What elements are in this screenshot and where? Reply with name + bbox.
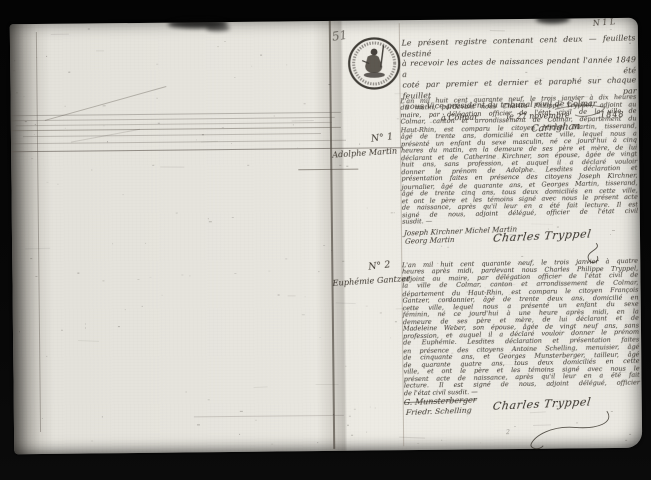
- paper-speck: [602, 129, 604, 130]
- paper-speck: [619, 40, 621, 41]
- ink-blotch: [536, 14, 570, 23]
- paper-speck: [418, 443, 420, 444]
- ruled-line: [11, 127, 341, 131]
- paper-fiber: [533, 424, 551, 426]
- paper-speck: [57, 184, 58, 185]
- paper-speck: [359, 144, 360, 145]
- paper-speck: [118, 327, 120, 328]
- paper-speck: [24, 96, 25, 97]
- paper-speck: [319, 337, 321, 338]
- paper-speck: [234, 273, 236, 274]
- paper-speck: [112, 243, 113, 244]
- paper-speck: [440, 209, 441, 210]
- paper-speck: [410, 128, 412, 129]
- scratch-mark: [45, 86, 167, 121]
- paper-speck: [324, 245, 325, 246]
- paper-speck: [32, 158, 34, 159]
- paper-speck: [535, 172, 536, 173]
- officer-signature-flourish: [509, 409, 621, 454]
- paper-fiber: [78, 340, 99, 342]
- paper-speck: [560, 276, 562, 277]
- paper-speck: [91, 441, 93, 442]
- paper-speck: [46, 182, 48, 183]
- paper-fiber: [254, 387, 268, 389]
- paper-speck: [581, 149, 582, 150]
- paper-speck: [509, 294, 511, 295]
- paper-speck: [556, 226, 558, 227]
- paper-speck: [574, 78, 576, 79]
- entry-1-number: N° 1: [370, 131, 393, 144]
- paper-speck: [297, 147, 298, 148]
- paper-speck: [65, 105, 66, 106]
- paper-speck: [317, 442, 319, 443]
- paper-speck: [217, 46, 218, 47]
- ink-blotch: [206, 25, 230, 31]
- paper-speck: [208, 399, 210, 400]
- paper-speck: [367, 208, 368, 209]
- paper-speck: [231, 143, 232, 144]
- paper-speck: [629, 434, 631, 435]
- paper-speck: [451, 353, 453, 354]
- paper-speck: [480, 442, 481, 443]
- paper-speck: [232, 217, 234, 218]
- paper-speck: [346, 166, 348, 167]
- paper-speck: [239, 434, 240, 435]
- paper-speck: [616, 163, 618, 164]
- entry-1-body: L'an mil huit cent quarante neuf, le tro…: [400, 94, 638, 226]
- paper-speck: [416, 141, 418, 142]
- paper-speck: [484, 288, 486, 289]
- paper-speck: [345, 366, 346, 367]
- paper-speck: [292, 124, 293, 125]
- paper-speck: [181, 274, 183, 275]
- act-text-line: susdit. —: [402, 216, 638, 226]
- paper-speck: [302, 314, 304, 315]
- paper-speck: [235, 77, 236, 78]
- paper-speck: [42, 418, 44, 419]
- paper-speck: [451, 335, 453, 336]
- paper-speck: [224, 41, 226, 42]
- paper-speck: [629, 42, 631, 43]
- paper-speck: [278, 295, 280, 296]
- paper-speck: [303, 103, 305, 104]
- ruled-line: [11, 140, 346, 145]
- paper-speck: [141, 306, 143, 307]
- paper-speck: [514, 426, 516, 427]
- paper-speck: [252, 65, 253, 66]
- paper-speck: [437, 342, 438, 343]
- paper-speck: [509, 352, 511, 353]
- paper-speck: [64, 128, 66, 129]
- paper-speck: [430, 122, 432, 123]
- paper-speck: [158, 123, 160, 124]
- paper-speck: [85, 324, 86, 325]
- paper-speck: [91, 170, 93, 171]
- corner-annotation: N 1 L: [592, 17, 615, 28]
- paper-speck: [565, 163, 566, 164]
- paper-speck: [611, 411, 613, 412]
- paper-speck: [586, 212, 587, 213]
- paper-speck: [46, 356, 47, 357]
- paper-speck: [156, 64, 158, 65]
- paper-speck: [597, 76, 598, 77]
- paper-speck: [610, 29, 612, 30]
- paper-speck: [331, 250, 332, 251]
- paper-speck: [273, 116, 274, 117]
- paper-fiber: [497, 284, 516, 285]
- paper-speck: [189, 275, 190, 276]
- paper-speck: [525, 72, 527, 73]
- paper-speck: [286, 259, 287, 260]
- paper-speck: [395, 321, 397, 322]
- paper-fiber: [531, 223, 553, 224]
- paper-fiber: [490, 30, 505, 31]
- paper-speck: [103, 105, 105, 106]
- entry-1-witness-signatures: Georg Martin: [405, 235, 455, 246]
- paper-fiber: [288, 295, 296, 296]
- paper-speck: [31, 258, 32, 259]
- paper-speck: [343, 261, 345, 262]
- paper-speck: [102, 416, 103, 417]
- paper-speck: [19, 331, 20, 332]
- paper-speck: [447, 246, 449, 247]
- paper-speck: [612, 230, 614, 231]
- paper-speck: [255, 420, 257, 421]
- paper-speck: [25, 121, 27, 122]
- paper-speck: [222, 127, 224, 128]
- paper-speck: [475, 295, 476, 296]
- paper-speck: [305, 296, 306, 297]
- paper-speck: [517, 263, 519, 264]
- paper-speck: [202, 134, 204, 135]
- paper-speck: [389, 56, 390, 57]
- paper-speck: [498, 158, 500, 159]
- paper-fiber: [161, 167, 185, 168]
- paper-speck: [414, 403, 415, 404]
- paper-speck: [14, 60, 15, 61]
- paper-speck: [576, 423, 578, 424]
- paper-speck: [390, 338, 391, 339]
- paper-speck: [561, 264, 563, 265]
- paper-speck: [459, 226, 460, 227]
- paper-speck: [69, 72, 71, 73]
- paper-speck: [380, 313, 381, 314]
- paper-speck: [445, 322, 446, 323]
- paper-speck: [328, 84, 330, 85]
- paper-speck: [437, 263, 438, 264]
- paper-speck: [610, 234, 611, 235]
- paper-speck: [340, 165, 342, 166]
- paper-speck: [354, 409, 356, 410]
- paper-speck: [207, 218, 209, 219]
- paper-fiber: [96, 50, 104, 51]
- paper-speck: [466, 292, 468, 293]
- paper-speck: [424, 138, 426, 139]
- paper-speck: [554, 335, 556, 336]
- paper-speck: [247, 165, 249, 166]
- paper-speck: [103, 280, 105, 281]
- paper-speck: [34, 124, 35, 125]
- paper-speck: [435, 363, 437, 364]
- paper-speck: [521, 256, 522, 257]
- paper-speck: [261, 55, 263, 56]
- paper-speck: [366, 432, 367, 433]
- paper-speck: [85, 328, 87, 329]
- paper-speck: [539, 135, 541, 136]
- paper-speck: [547, 229, 548, 230]
- scan-background: 51 N 1 L 2 Le présent registre contenant…: [0, 0, 651, 480]
- paper-speck: [13, 70, 14, 71]
- ruled-line: [11, 117, 335, 121]
- paper-speck: [145, 243, 146, 244]
- paper-speck: [351, 435, 353, 436]
- paper-speck: [366, 305, 367, 306]
- paper-speck: [176, 212, 178, 213]
- paper-speck: [349, 415, 351, 416]
- paper-speck: [466, 416, 468, 417]
- paper-speck: [157, 98, 158, 99]
- paper-speck: [523, 329, 525, 330]
- paper-speck: [34, 134, 35, 135]
- paper-speck: [520, 103, 522, 104]
- paper-speck: [35, 276, 37, 277]
- paper-speck: [123, 194, 124, 195]
- paper-speck: [375, 407, 376, 408]
- paper-fiber: [201, 141, 218, 143]
- paper-speck: [125, 309, 126, 310]
- paper-speck: [268, 271, 270, 272]
- paper-speck: [271, 444, 273, 445]
- paper-speck: [441, 246, 443, 247]
- paper-speck: [501, 192, 502, 193]
- paper-speck: [138, 279, 139, 280]
- paper-fiber: [291, 120, 313, 121]
- paper-speck: [77, 272, 79, 273]
- paper-speck: [333, 414, 334, 415]
- paper-speck: [107, 141, 108, 142]
- paper-speck: [460, 66, 461, 67]
- paper-speck: [161, 294, 162, 295]
- paper-speck: [209, 221, 211, 222]
- paper-speck: [103, 125, 105, 126]
- paper-speck: [521, 185, 522, 186]
- ruled-line: [23, 133, 321, 137]
- paper-speck: [391, 213, 392, 214]
- paper-speck: [625, 440, 627, 441]
- entry-2-body: L'an mil huit cent quarante neuf, le tro…: [402, 258, 640, 397]
- register-page: 51 N 1 L 2 Le présent registre contenant…: [10, 18, 642, 455]
- binding-gutter-shadow: [10, 24, 55, 454]
- paper-speck: [526, 188, 528, 189]
- paper-speck: [397, 119, 398, 120]
- paper-speck: [610, 209, 612, 210]
- paper-speck: [197, 424, 199, 425]
- paper-speck: [88, 28, 90, 29]
- paper-speck: [153, 165, 154, 166]
- paper-speck: [196, 140, 197, 141]
- paper-fiber: [51, 34, 69, 35]
- entry-2-witness-signatures: Friedr. Schelling: [406, 406, 472, 417]
- pencil-folio-number: 51: [331, 28, 348, 44]
- paper-speck: [17, 92, 18, 93]
- paper-speck: [318, 271, 319, 272]
- paper-speck: [185, 392, 187, 393]
- paper-speck: [560, 359, 561, 360]
- paper-speck: [393, 212, 394, 213]
- ruled-line: [16, 122, 332, 126]
- paper-speck: [370, 407, 371, 408]
- paper-speck: [347, 425, 349, 426]
- paper-speck: [36, 57, 37, 58]
- paper-speck: [46, 56, 47, 57]
- entry-2-number: N° 2: [368, 259, 391, 272]
- paper-speck: [556, 405, 557, 406]
- paper-speck: [240, 411, 242, 412]
- paper-speck: [61, 330, 63, 331]
- paper-speck: [426, 93, 427, 94]
- paper-speck: [441, 440, 442, 441]
- paper-speck: [286, 64, 287, 65]
- round-seal-stamp: [347, 36, 402, 91]
- paper-speck: [149, 277, 151, 278]
